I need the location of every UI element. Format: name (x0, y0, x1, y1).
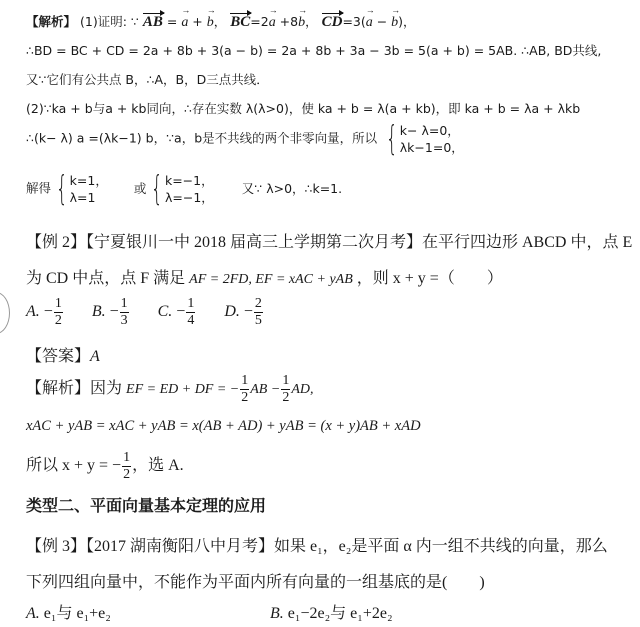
proof-line-2: ∴BD = BC + CD = 2a + 8b + 3(a − b) = 2a … (26, 41, 601, 59)
example3-header: 【例 3】【2017 湖南衡阳八中月考】如果 e₁，e₂是平面 α 内一组不共线… (26, 533, 608, 556)
option-c[interactable]: C. −14 (158, 296, 197, 329)
example3-question: 下列四组向量中，不能作为平面内所有向量的一组基底的是( ) (26, 569, 485, 592)
equation-system: { k− λ=0， λk−1=0， (381, 122, 464, 156)
example2-header: 【例 2】【宁夏银川一中 2018 届高三上学期第二次月考】在平行四边形 ABC… (26, 229, 632, 252)
analysis-tag: 【解析】 (26, 14, 76, 29)
example2-options: A. −12 B. −13 C. −14 D. −25 (26, 296, 288, 329)
option-b[interactable]: B. −13 (92, 296, 130, 329)
example2-analysis-line2: xAC + yAB = xAC + yAB = x(AB + AD) + yAB… (26, 418, 421, 435)
option-d[interactable]: D. −25 (224, 296, 264, 329)
option-a[interactable]: A. e₁与 e₁+e₂ (26, 600, 111, 623)
side-bubble-decoration (0, 292, 10, 334)
option-b[interactable]: B. e₁−2e₂与 e₁+2e₂ (270, 600, 393, 623)
vector-AB: AB (143, 14, 163, 31)
proof-line-6: 解得 { k=1，λ=1 或 { k=−1，λ=−1， 又∵ λ>0，∴k=1. (26, 172, 342, 206)
section-title: 类型二、平面向量基本定理的应用 (26, 493, 266, 516)
condition-math: AF = 2FD, EF = xAC + yAB (189, 272, 353, 287)
proof-line-5: ∴(k− λ) a =(λk−1) b，∵a，b是不共线的两个非零向量，所以 {… (26, 122, 464, 156)
solution-system-1: { k=1，λ=1 (51, 172, 108, 206)
option-a[interactable]: A. −12 (26, 296, 64, 329)
example2-question: 为 CD 中点，点 F 满足 AF = 2FD, EF = xAC + yAB … (26, 265, 503, 288)
proof-line-1: 【解析】 (1)证明: ∵ AB = a + b， BC=2a +8b， CD=… (26, 12, 416, 31)
proof-line-3: 又∵它们有公共点 B，∴A，B，D三点共线． (26, 70, 269, 88)
vector-CD: CD (322, 14, 343, 31)
example2-conclusion: 所以 x + y = −12，选 A. (26, 450, 184, 483)
proof-line-4: (2)∵ka + b与a + kb同向，∴存在实数 λ(λ>0)，使 ka + … (26, 99, 580, 117)
solution-system-2: { k=−1，λ=−1， (146, 172, 213, 206)
example2-analysis: 【解析】因为 EF = ED + DF = −12AB −12AD, (26, 373, 313, 406)
example2-answer: 【答案】A (26, 343, 100, 366)
vector-BC: BC (230, 14, 250, 31)
